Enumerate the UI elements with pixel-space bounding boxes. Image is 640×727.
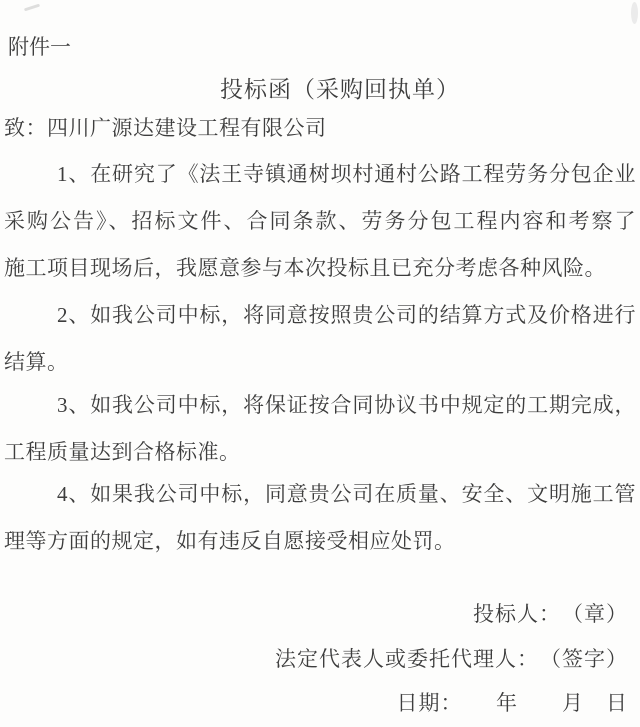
signature-legal-rep-line: 法定代表人或委托代理人： （签字） bbox=[275, 643, 628, 673]
paragraph-4-line-2: 理等方面的规定，如有违反自愿接受相应处罚。 bbox=[4, 528, 636, 554]
paragraph-4-line-1: 4、如果我公司中标，同意贵公司在质量、安全、文明施工管 bbox=[4, 481, 636, 507]
paragraph-3-line-2: 工程质量达到合格标准。 bbox=[4, 439, 636, 465]
signature-bidder-line: 投标人： （章） bbox=[473, 598, 628, 628]
paragraph-2-line-2: 结算。 bbox=[4, 349, 636, 375]
scan-artifact-top-right bbox=[631, 2, 638, 24]
scan-artifact-top-left bbox=[24, 4, 40, 12]
paragraph-2-line-1: 2、如我公司中标，将同意按照贵公司的结算方式及价格进行 bbox=[4, 302, 636, 328]
attachment-label: 附件一 bbox=[8, 31, 71, 61]
paragraph-1-line-2: 采购公告》、招标文件、合同条款、劳务分包工程内容和考察了 bbox=[4, 208, 636, 234]
document-page: 附件一 投标函（采购回执单） 致：四川广源达建设工程有限公司 1、在研究了《法王… bbox=[0, 0, 640, 727]
paragraph-3-line-1: 3、如我公司中标，将保证按合同协议书中规定的工期完成， bbox=[4, 392, 636, 418]
document-title: 投标函（采购回执单） bbox=[40, 71, 640, 104]
signature-date-line: 日期： 年 月 日 bbox=[397, 687, 629, 717]
paragraph-1-line-3: 施工项目现场后，我愿意参与本次投标且已充分考虑各种风险。 bbox=[4, 255, 636, 281]
paragraph-1-line-1: 1、在研究了《法王寺镇通树坝村通村公路工程劳务分包企业 bbox=[4, 161, 636, 187]
recipient-line: 致：四川广源达建设工程有限公司 bbox=[4, 115, 636, 141]
